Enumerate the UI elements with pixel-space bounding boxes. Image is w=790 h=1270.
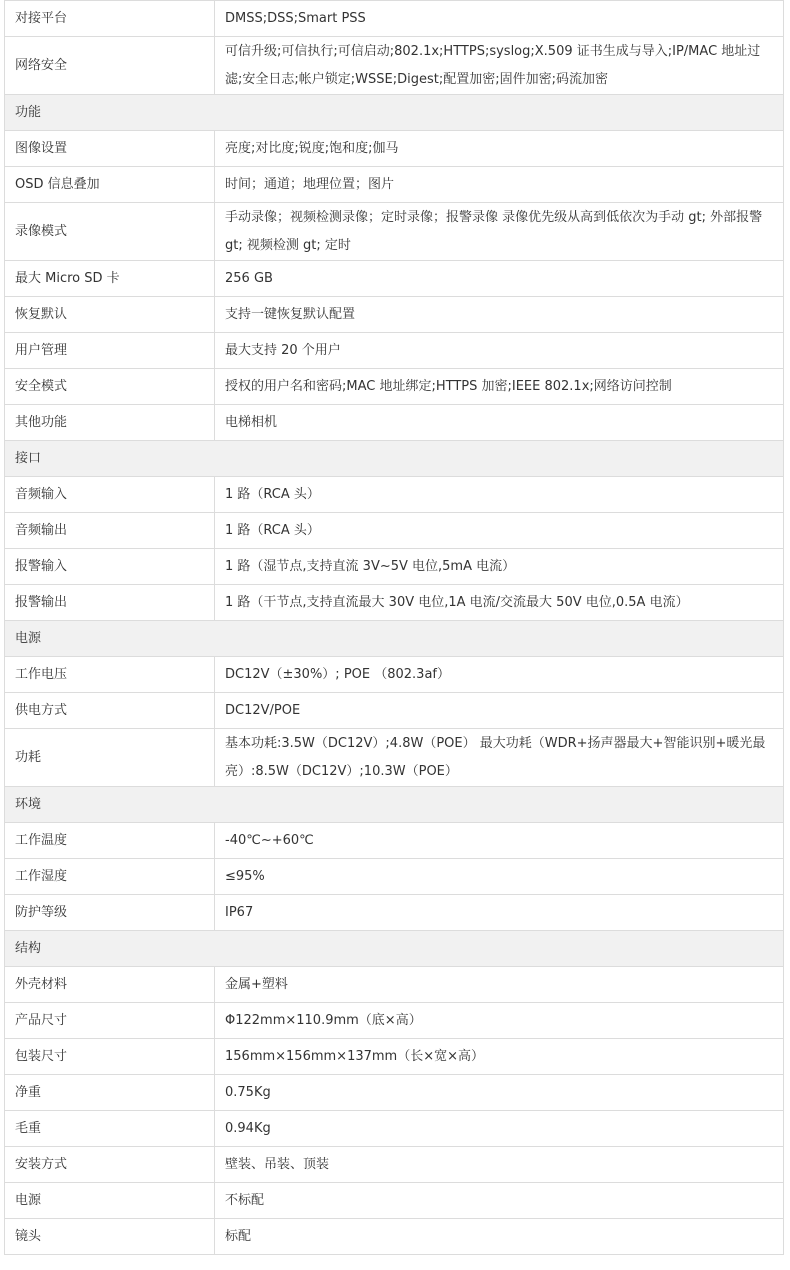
spec-row-power-adapter: 电源不标配 [5, 1183, 784, 1219]
spec-value: 可信升级;可信执行;可信启动;802.1x;HTTPS;syslog;X.509… [215, 37, 784, 95]
spec-label: 电源 [5, 1183, 215, 1219]
spec-label: 工作湿度 [5, 859, 215, 895]
spec-row-audio-output: 音频输出1 路（RCA 头） [5, 513, 784, 549]
spec-row-lens: 镜头标配 [5, 1219, 784, 1255]
spec-value: DC12V（±30%）; POE （802.3af） [215, 657, 784, 693]
spec-label: 工作温度 [5, 823, 215, 859]
spec-value: 时间；通道；地理位置；图片 [215, 167, 784, 203]
spec-value: DC12V/POE [215, 693, 784, 729]
section-header-environment: 环境 [5, 787, 784, 823]
spec-label: 其他功能 [5, 405, 215, 441]
spec-row-net-weight: 净重0.75Kg [5, 1075, 784, 1111]
spec-row-power-supply: 供电方式DC12V/POE [5, 693, 784, 729]
spec-label: 安全模式 [5, 369, 215, 405]
spec-row-restore-default: 恢复默认支持一键恢复默认配置 [5, 297, 784, 333]
section-header-interface: 接口 [5, 441, 784, 477]
spec-value: 0.75Kg [215, 1075, 784, 1111]
spec-value: 1 路（RCA 头） [215, 513, 784, 549]
spec-label: 外壳材料 [5, 967, 215, 1003]
spec-row-product-dimensions: 产品尺寸Φ122mm×110.9mm（底×高） [5, 1003, 784, 1039]
spec-label: 工作电压 [5, 657, 215, 693]
section-title: 功能 [5, 95, 784, 131]
spec-label: 报警输入 [5, 549, 215, 585]
spec-row-other-functions: 其他功能电梯相机 [5, 405, 784, 441]
spec-value: 亮度;对比度;锐度;饱和度;伽马 [215, 131, 784, 167]
spec-label: 镜头 [5, 1219, 215, 1255]
spec-label: 用户管理 [5, 333, 215, 369]
spec-value: 金属+塑料 [215, 967, 784, 1003]
spec-label: 最大 Micro SD 卡 [5, 261, 215, 297]
spec-label: 供电方式 [5, 693, 215, 729]
spec-row-protection-rating: 防护等级IP67 [5, 895, 784, 931]
spec-value: 标配 [215, 1219, 784, 1255]
spec-row-record-mode: 录像模式手动录像；视频检测录像；定时录像；报警录像 录像优先级从高到低依次为手动… [5, 203, 784, 261]
spec-value: 1 路（湿节点,支持直流 3V~5V 电位,5mA 电流） [215, 549, 784, 585]
spec-value: Φ122mm×110.9mm（底×高） [215, 1003, 784, 1039]
spec-row-casing-material: 外壳材料金属+塑料 [5, 967, 784, 1003]
spec-value: 1 路（RCA 头） [215, 477, 784, 513]
spec-label: 音频输出 [5, 513, 215, 549]
spec-row-image-settings: 图像设置亮度;对比度;锐度;饱和度;伽马 [5, 131, 784, 167]
spec-value: 最大支持 20 个用户 [215, 333, 784, 369]
spec-label: 恢复默认 [5, 297, 215, 333]
spec-row-package-dimensions: 包装尺寸156mm×156mm×137mm（长×宽×高） [5, 1039, 784, 1075]
spec-label: 安装方式 [5, 1147, 215, 1183]
spec-value: 壁装、吊装、顶装 [215, 1147, 784, 1183]
spec-label: 防护等级 [5, 895, 215, 931]
spec-value: DMSS;DSS;Smart PSS [215, 1, 784, 37]
spec-row-network-security: 网络安全可信升级;可信执行;可信启动;802.1x;HTTPS;syslog;X… [5, 37, 784, 95]
spec-row-micro-sd: 最大 Micro SD 卡256 GB [5, 261, 784, 297]
spec-row-alarm-output: 报警输出1 路（干节点,支持直流最大 30V 电位,1A 电流/交流最大 50V… [5, 585, 784, 621]
section-title: 电源 [5, 621, 784, 657]
spec-label: 录像模式 [5, 203, 215, 261]
spec-row-user-management: 用户管理最大支持 20 个用户 [5, 333, 784, 369]
section-header-structure: 结构 [5, 931, 784, 967]
spec-value: 授权的用户名和密码;MAC 地址绑定;HTTPS 加密;IEEE 802.1x;… [215, 369, 784, 405]
spec-label: 图像设置 [5, 131, 215, 167]
spec-row-audio-input: 音频输入1 路（RCA 头） [5, 477, 784, 513]
spec-value: 支持一键恢复默认配置 [215, 297, 784, 333]
spec-value: 手动录像；视频检测录像；定时录像；报警录像 录像优先级从高到低依次为手动 gt;… [215, 203, 784, 261]
spec-value: IP67 [215, 895, 784, 931]
spec-label: 音频输入 [5, 477, 215, 513]
spec-label: 功耗 [5, 729, 215, 787]
spec-label: 产品尺寸 [5, 1003, 215, 1039]
spec-row-power-consumption: 功耗基本功耗:3.5W（DC12V）;4.8W（POE） 最大功耗（WDR+扬声… [5, 729, 784, 787]
spec-value: 基本功耗:3.5W（DC12V）;4.8W（POE） 最大功耗（WDR+扬声器最… [215, 729, 784, 787]
spec-value: ≤95% [215, 859, 784, 895]
section-header-function: 功能 [5, 95, 784, 131]
spec-value: 256 GB [215, 261, 784, 297]
spec-label: 包装尺寸 [5, 1039, 215, 1075]
spec-row-osd: OSD 信息叠加时间；通道；地理位置；图片 [5, 167, 784, 203]
section-header-power: 电源 [5, 621, 784, 657]
spec-label: 报警输出 [5, 585, 215, 621]
section-title: 环境 [5, 787, 784, 823]
spec-value: 不标配 [215, 1183, 784, 1219]
spec-row-platform: 对接平台DMSS;DSS;Smart PSS [5, 1, 784, 37]
spec-label: 网络安全 [5, 37, 215, 95]
spec-value: 156mm×156mm×137mm（长×宽×高） [215, 1039, 784, 1075]
spec-table: 对接平台DMSS;DSS;Smart PSS 网络安全可信升级;可信执行;可信启… [4, 0, 784, 1255]
section-title: 结构 [5, 931, 784, 967]
spec-row-alarm-input: 报警输入1 路（湿节点,支持直流 3V~5V 电位,5mA 电流） [5, 549, 784, 585]
spec-row-working-humidity: 工作湿度≤95% [5, 859, 784, 895]
spec-row-gross-weight: 毛重0.94Kg [5, 1111, 784, 1147]
spec-row-installation: 安装方式壁装、吊装、顶装 [5, 1147, 784, 1183]
spec-label: OSD 信息叠加 [5, 167, 215, 203]
spec-value: -40℃~+60℃ [215, 823, 784, 859]
spec-label: 净重 [5, 1075, 215, 1111]
spec-label: 毛重 [5, 1111, 215, 1147]
spec-label: 对接平台 [5, 1, 215, 37]
spec-value: 1 路（干节点,支持直流最大 30V 电位,1A 电流/交流最大 50V 电位,… [215, 585, 784, 621]
spec-row-working-voltage: 工作电压DC12V（±30%）; POE （802.3af） [5, 657, 784, 693]
section-title: 接口 [5, 441, 784, 477]
spec-value: 电梯相机 [215, 405, 784, 441]
spec-value: 0.94Kg [215, 1111, 784, 1147]
spec-row-working-temperature: 工作温度-40℃~+60℃ [5, 823, 784, 859]
spec-row-security-mode: 安全模式授权的用户名和密码;MAC 地址绑定;HTTPS 加密;IEEE 802… [5, 369, 784, 405]
